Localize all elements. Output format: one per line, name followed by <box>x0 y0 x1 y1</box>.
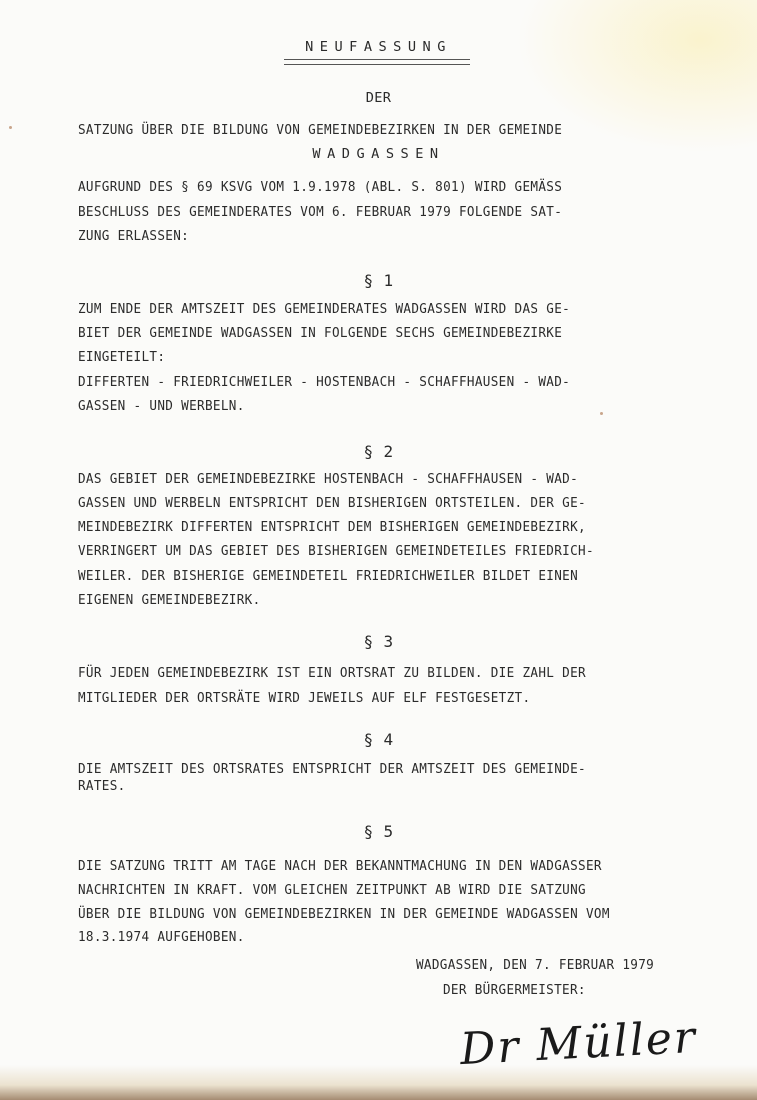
preamble-line: AUFGRUND DES § 69 KSVG VOM 1.9.1978 (ABL… <box>78 178 562 196</box>
section-2-line: MEINDEBEZIRK DIFFERTEN ENTSPRICHT DEM BI… <box>78 518 586 536</box>
section-1-line: ZUM ENDE DER AMTSZEIT DES GEMEINDERATES … <box>78 300 570 318</box>
section-5-line: DIE SATZUNG TRITT AM TAGE NACH DER BEKAN… <box>78 857 602 875</box>
section-1-line: BIET DER GEMEINDE WADGASSEN IN FOLGENDE … <box>78 324 562 342</box>
preamble-line: ZUNG ERLASSEN: <box>78 227 189 245</box>
section-1-number: § 1 <box>0 272 757 290</box>
section-2-line: DAS GEBIET DER GEMEINDEBEZIRKE HOSTENBAC… <box>78 470 578 488</box>
section-3-line: FÜR JEDEN GEMEINDEBEZIRK IST EIN ORTSRAT… <box>78 664 586 682</box>
section-2-line: WEILER. DER BISHERIGE GEMEINDETEIL FRIED… <box>78 567 578 585</box>
section-2-number: § 2 <box>0 443 757 461</box>
section-5-number: § 5 <box>0 823 757 841</box>
section-1-line: DIFFERTEN - FRIEDRICHWEILER - HOSTENBACH… <box>78 373 570 391</box>
section-5-line: NACHRICHTEN IN KRAFT. VOM GLEICHEN ZEITP… <box>78 881 586 899</box>
heading-der: DER <box>0 89 757 107</box>
place-and-date: WADGASSEN, DEN 7. FEBRUAR 1979 <box>416 956 654 974</box>
section-5-line: ÜBER DIE BILDUNG VON GEMEINDEBEZIRKEN IN… <box>78 905 610 923</box>
document-title-line1: SATZUNG ÜBER DIE BILDUNG VON GEMEINDEBEZ… <box>78 121 562 139</box>
handwritten-signature: Dr Müller <box>459 1012 698 1075</box>
paper-speck <box>9 126 12 129</box>
section-1-line: EINGETEILT: <box>78 348 165 366</box>
section-2-line: VERRINGERT UM DAS GEBIET DES BISHERIGEN … <box>78 542 594 560</box>
section-4-number: § 4 <box>0 731 757 749</box>
document-heading: NEUFASSUNG <box>0 38 757 56</box>
section-4-line: RATES. <box>78 777 126 795</box>
section-1-line: GASSEN - UND WERBELN. <box>78 397 245 415</box>
section-2-line: GASSEN UND WERBELN ENTSPRICHT DEN BISHER… <box>78 494 586 512</box>
section-3-line: MITGLIEDER DER ORTSRÄTE WIRD JEWEILS AUF… <box>78 689 530 707</box>
signatory-title: DER BÜRGERMEISTER: <box>443 981 586 999</box>
paper-speck <box>600 412 603 415</box>
section-2-line: EIGENEN GEMEINDEBEZIRK. <box>78 591 261 609</box>
preamble-line: BESCHLUSS DES GEMEINDERATES VOM 6. FEBRU… <box>78 203 562 221</box>
section-4-line: DIE AMTSZEIT DES ORTSRATES ENTSPRICHT DE… <box>78 760 586 778</box>
heading-double-underline <box>284 59 470 65</box>
section-5-line: 18.3.1974 AUFGEHOBEN. <box>78 928 245 946</box>
section-3-number: § 3 <box>0 633 757 651</box>
document-title-place: WADGASSEN <box>0 145 757 163</box>
